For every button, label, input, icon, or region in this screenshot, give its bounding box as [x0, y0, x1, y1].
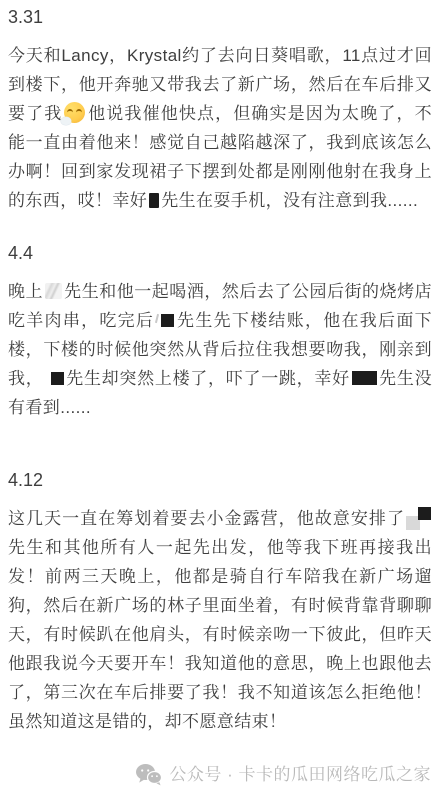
- diary-entry: 3.31今天和Lancy，Krystal约了去向日葵唱歌，11点过才回到楼下，他…: [8, 6, 432, 215]
- entry-date: 4.4: [8, 242, 432, 264]
- redaction-mark: [161, 314, 174, 327]
- entry-date: 3.31: [8, 6, 432, 28]
- diary-entry: 4.12这几天一直在筹划着要去小金露营，他故意安排了先生和其他所有人一起先出发，…: [8, 469, 432, 736]
- wechat-icon: [135, 763, 162, 786]
- redaction-mark: [406, 507, 431, 530]
- face-exhaling-emoji: [64, 102, 85, 123]
- diary-entries: 3.31今天和Lancy，Krystal约了去向日葵唱歌，11点过才回到楼下，他…: [8, 6, 432, 736]
- entry-text: 晚上先生和他一起喝酒，然后去了公园后街的烧烤店吃羊肉串，吃完后先生先下楼结账，他…: [8, 277, 432, 422]
- diary-page: 3.31今天和Lancy，Krystal约了去向日葵唱歌，11点过才回到楼下，他…: [0, 0, 441, 790]
- redaction-mark: [352, 371, 377, 385]
- watermark-text: 公众号 · 卡卡的瓜田网络吃瓜之家: [169, 763, 431, 786]
- diary-entry: 4.4晚上先生和他一起喝酒，然后去了公园后街的烧烤店吃羊肉串，吃完后先生先下楼结…: [8, 242, 432, 422]
- redaction-mark: [45, 283, 62, 299]
- entry-date: 4.12: [8, 469, 432, 491]
- watermark: 公众号 · 卡卡的瓜田网络吃瓜之家: [135, 763, 431, 786]
- entry-text: 今天和Lancy，Krystal约了去向日葵唱歌，11点过才回到楼下，他开奔驰又…: [8, 41, 432, 215]
- entry-text: 这几天一直在筹划着要去小金露营，他故意安排了先生和其他所有人一起先出发，他等我下…: [8, 504, 432, 736]
- redaction-mark: [149, 193, 159, 208]
- redaction-mark: [51, 372, 64, 385]
